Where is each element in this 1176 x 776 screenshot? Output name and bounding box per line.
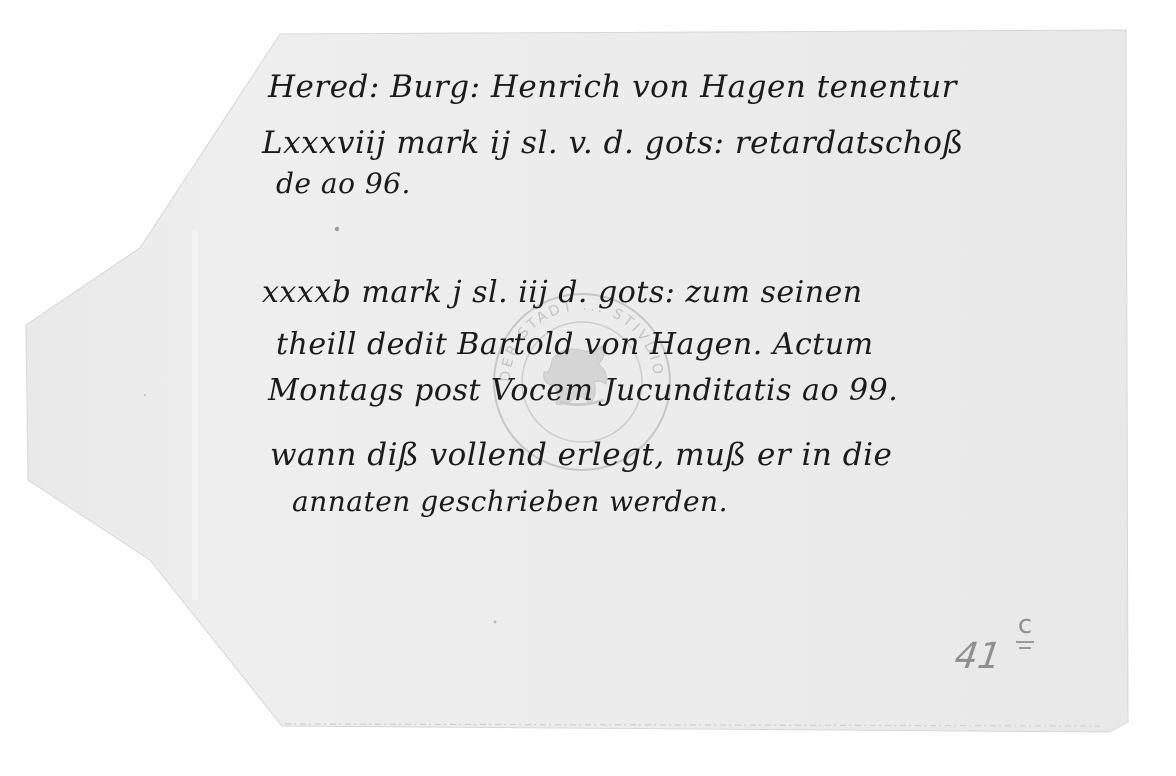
manuscript-line: Hered: Burg: Henrich von Hagen tenentur: [268, 72, 957, 103]
folio-number: 41: [952, 636, 1004, 677]
document-scan: DER STADT ... STIVDIO Hered: Burg: Henri…: [0, 0, 1176, 776]
manuscript-line: de ao 96.: [276, 170, 411, 198]
folio-superscript-letter: c: [1018, 610, 1032, 640]
manuscript-line: wann diß vollend erlegt, muß er in die: [270, 440, 892, 471]
manuscript-line: xxxxb mark j sl. iij d. gots: zum seinen: [262, 278, 863, 308]
manuscript-line: Lxxxviij mark ij sl. v. d. gots: retarda…: [262, 128, 964, 159]
manuscript-line: Montags post Vocem Jucunditatis ao 99.: [268, 376, 898, 406]
manuscript-line: annaten geschrieben werden.: [292, 488, 728, 516]
folio-underline: [1016, 641, 1034, 643]
manuscript-line: theill dedit Bartold von Hagen. Actum: [276, 330, 874, 360]
folio-underline: [1019, 647, 1031, 649]
folio-superscript: c: [1016, 612, 1034, 649]
